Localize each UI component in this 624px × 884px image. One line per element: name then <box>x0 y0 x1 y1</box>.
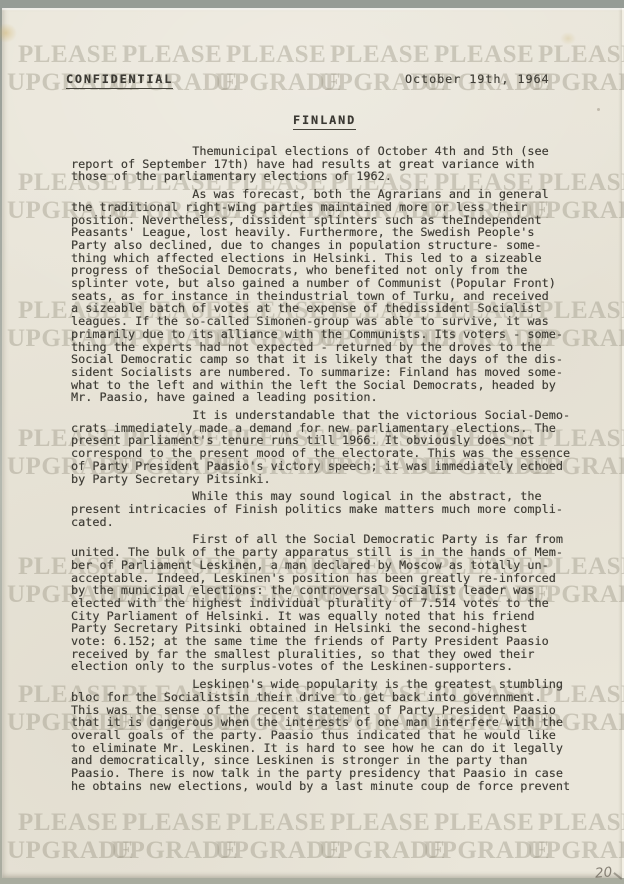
text-line: elected with the highest individual plur… <box>71 597 570 610</box>
text-line: the traditional right-wing parties maint… <box>71 201 570 214</box>
watermark-word: PLEASE <box>434 810 534 835</box>
watermark-word: PLEASE <box>122 810 222 835</box>
paper-sheet: PLEASEUPGRADEPLEASEUPGRADEPLEASEUPGRADEP… <box>2 8 624 878</box>
watermark-word: PLEASE <box>434 42 534 67</box>
watermark-word: UPGRADE <box>215 838 342 863</box>
text-line: Themunicipal elections of October 4th an… <box>71 145 570 158</box>
paragraph: Themunicipal elections of October 4th an… <box>71 145 570 183</box>
text-line: leagues. If the so-called Simonen-group … <box>71 315 570 328</box>
watermark-word: UPGRADE <box>215 70 342 95</box>
text-line: Party also declined, due to changes in p… <box>71 239 570 252</box>
text-line: correspond to the present mood of the el… <box>71 447 570 460</box>
text-line: those of the parliamentary elections of … <box>71 170 570 183</box>
document-body: Themunicipal elections of October 4th an… <box>71 145 570 797</box>
text-line: by Party Secretary Pitsinki. <box>71 473 570 486</box>
text-line: As was forecast, both the Agrarians and … <box>71 188 570 201</box>
watermark-word: UPGRADE <box>527 838 624 863</box>
text-line: by the municipal elections: the controve… <box>71 584 570 597</box>
text-line: ber of Parliament Leskinen, a man declar… <box>71 559 570 572</box>
watermark-word: PLEASE <box>226 810 326 835</box>
watermark-word: PLEASE <box>330 42 430 67</box>
paragraph: While this may sound logical in the abst… <box>71 490 570 528</box>
paragraph: First of all the Social Democratic Party… <box>71 533 570 673</box>
paper-speck <box>597 108 600 111</box>
text-line: Leskinen's wide popularity is the greate… <box>71 678 570 691</box>
text-line: present intricacies of Finish politics m… <box>71 503 570 516</box>
paragraph: It is understandable that the victorious… <box>71 409 570 485</box>
paragraph: Leskinen's wide popularity is the greate… <box>71 678 570 792</box>
text-line: he obtains new elections, would by a las… <box>71 780 570 793</box>
text-line: primarily due to its alliance with the C… <box>71 328 570 341</box>
text-line: Paasio. There is now talk in the party p… <box>71 767 570 780</box>
watermark-word: UPGRADE <box>423 838 550 863</box>
classification-label: CONFIDENTIAL <box>66 72 173 89</box>
text-line: It is understandable that the victorious… <box>71 409 570 422</box>
text-line: Mr. Paasio, have gained a leading positi… <box>71 391 570 404</box>
text-line: overall goals of the party. Paasio thus … <box>71 729 570 742</box>
watermark-word: PLEASE <box>226 42 326 67</box>
pencil-stroke <box>614 872 623 879</box>
watermark-word: PLEASE <box>330 810 430 835</box>
text-line: bloc for the Socialistsin their drive to… <box>71 691 570 704</box>
photographed-document: PLEASEUPGRADEPLEASEUPGRADEPLEASEUPGRADEP… <box>0 0 624 884</box>
watermark-word: PLEASE <box>122 42 222 67</box>
watermark-word: PLEASE <box>18 810 118 835</box>
text-line: election only to the surplus-votes of th… <box>71 660 570 673</box>
watermark-word: UPGRADE <box>111 838 238 863</box>
paper-stain <box>560 32 576 45</box>
watermark-word: PLEASE <box>538 42 624 67</box>
watermark-word: PLEASE <box>538 810 624 835</box>
text-line: of Party President Paasio's victory spee… <box>71 460 570 473</box>
watermark-word: UPGRADE <box>7 838 134 863</box>
text-line: united. The bulk of the party apparatus … <box>71 546 570 559</box>
page-title: FINLAND <box>293 113 356 130</box>
text-line: sident Socialists are numbered. To summa… <box>71 366 570 379</box>
handwritten-page-number: 20 <box>594 864 613 881</box>
watermark-word: PLEASE <box>18 42 118 67</box>
paragraph: As was forecast, both the Agrarians and … <box>71 188 570 404</box>
text-line: vote: 6.152; at the same time the friend… <box>71 635 570 648</box>
paper-stain <box>0 23 17 43</box>
text-line: splinter vote, but also gained a number … <box>71 277 570 290</box>
watermark-word: UPGRADE <box>319 838 446 863</box>
date-label: October 19th, 1964 <box>405 72 550 86</box>
text-line: cated. <box>71 516 570 529</box>
